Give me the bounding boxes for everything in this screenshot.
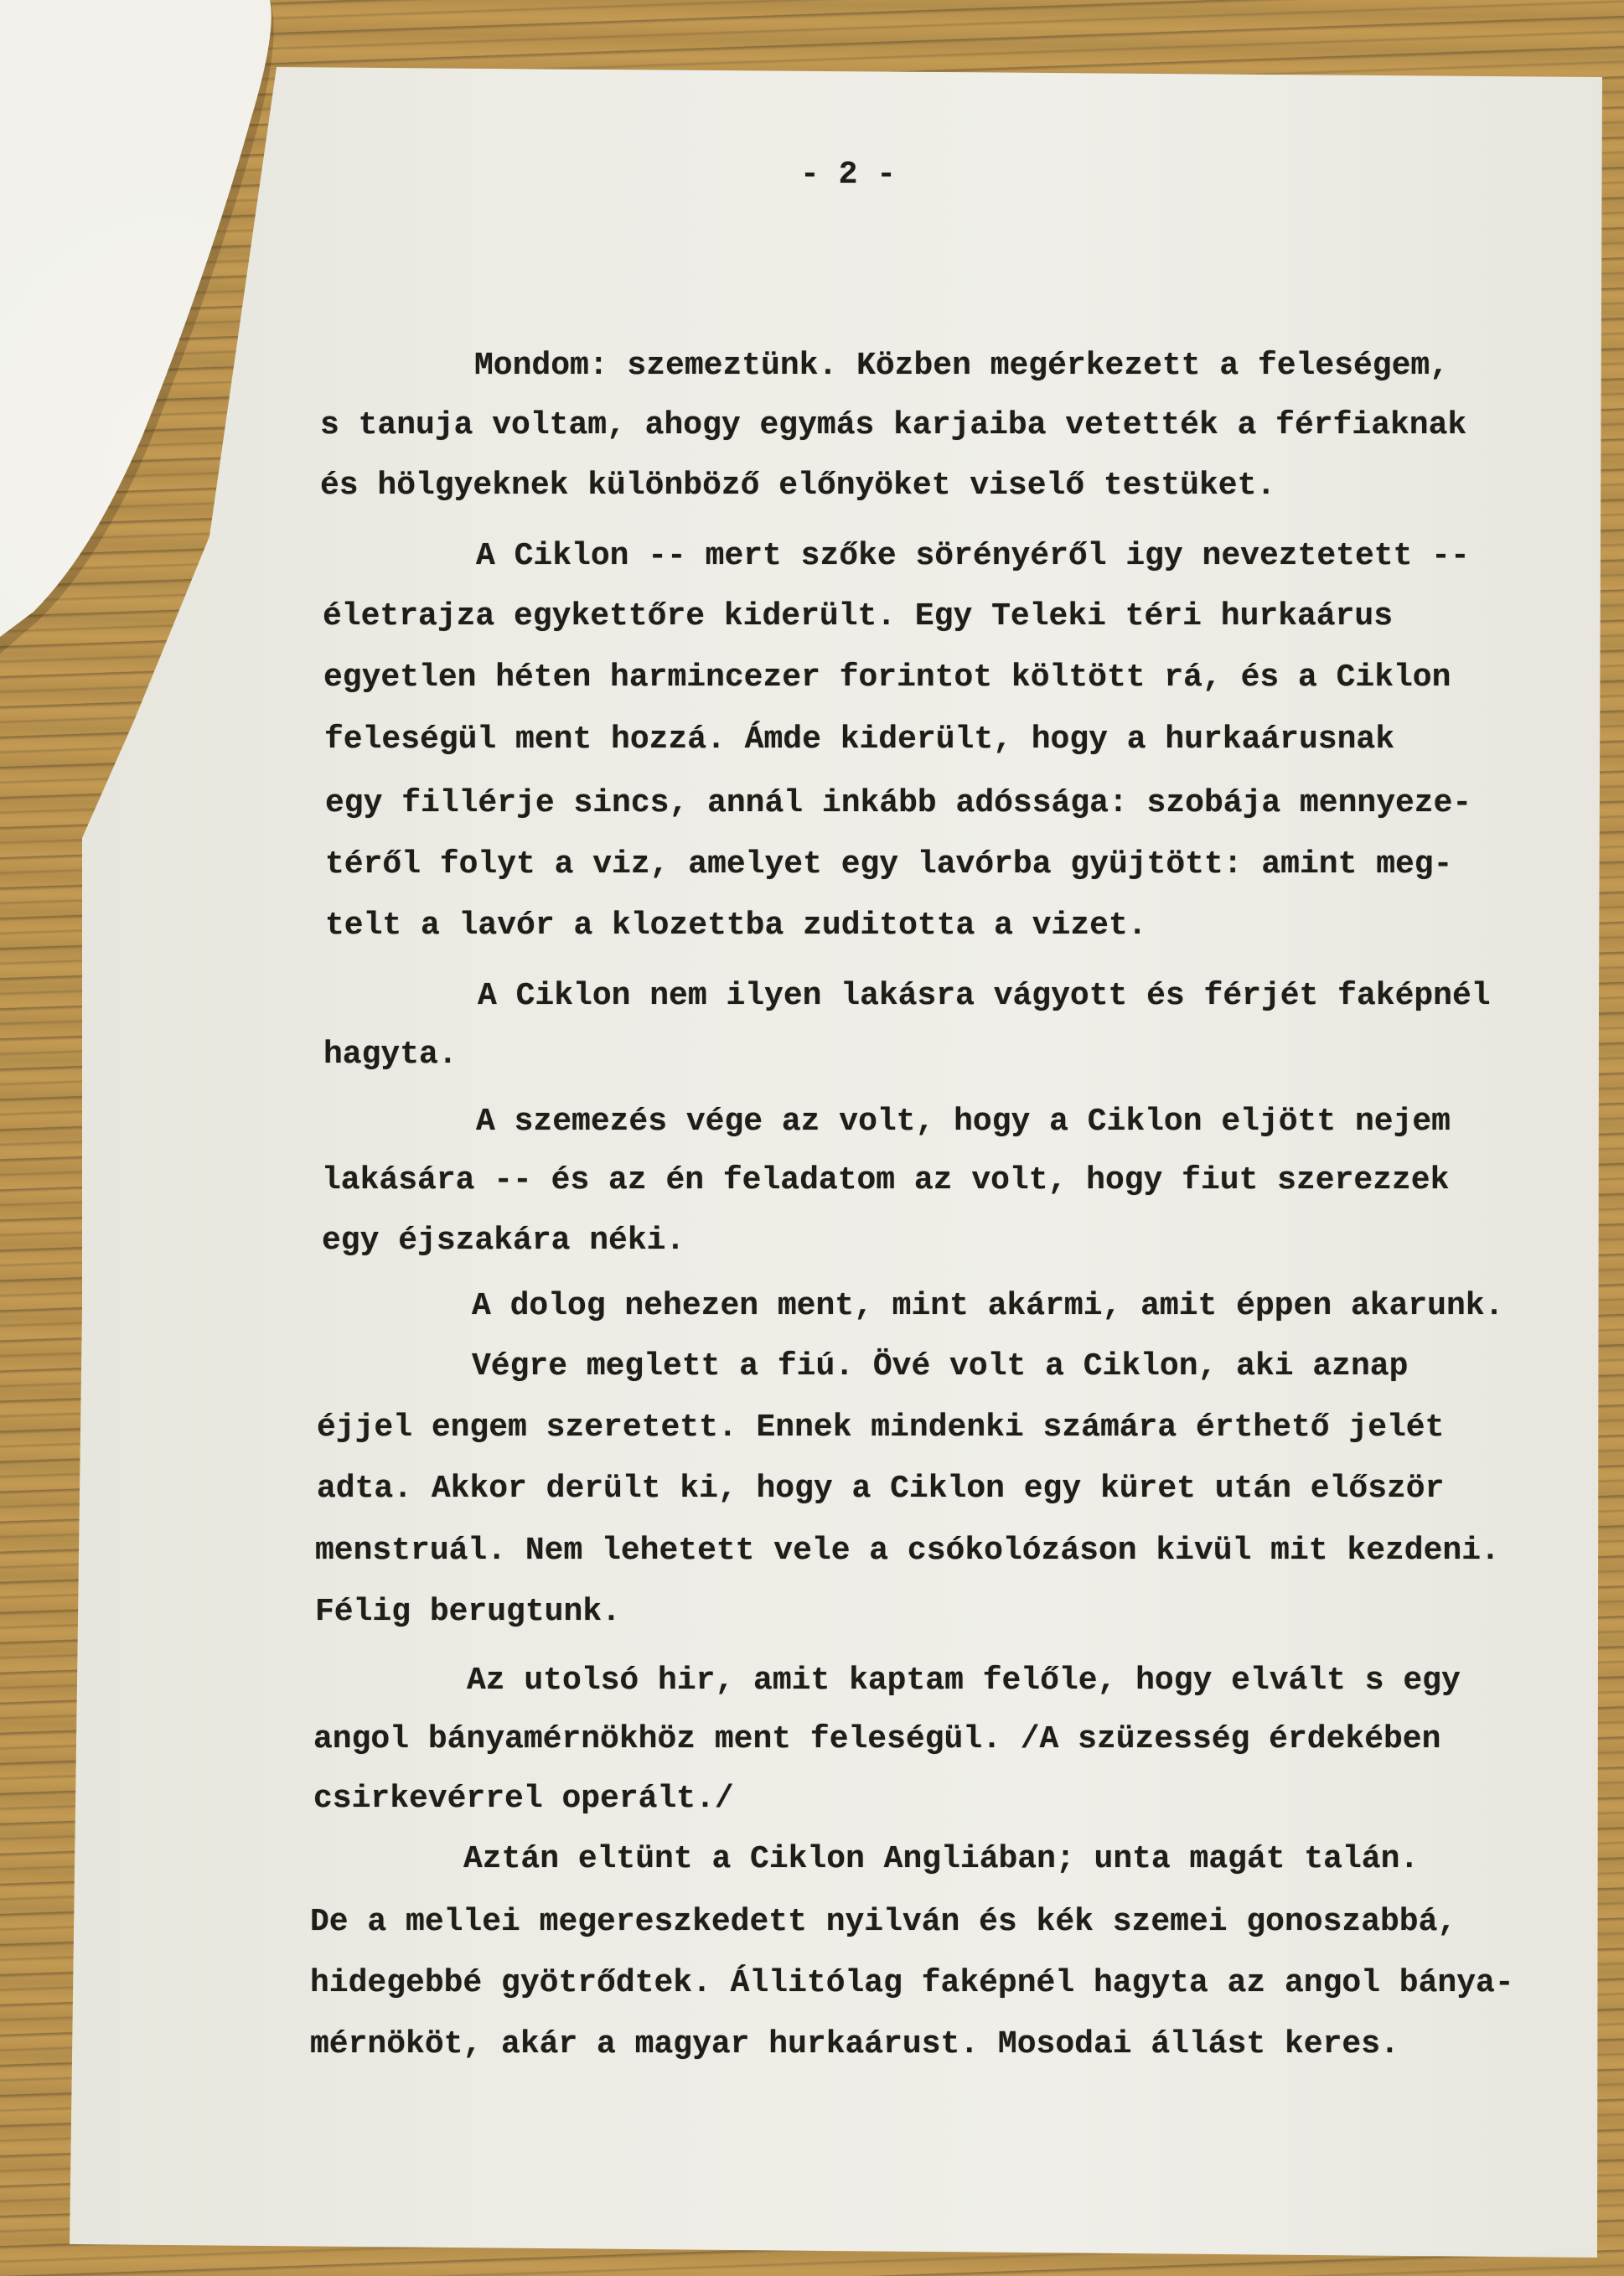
text-line: A dolog nehezen ment, mint akármi, amit … [472, 1291, 1503, 1322]
text-line: és hölgyeknek különböző előnyöket viselő… [320, 470, 1275, 502]
text-line: Mondom: szemeztünk. Közben megérkezett a… [474, 350, 1449, 382]
text-line: s tanuja voltam, ahogy egymás karjaiba v… [320, 410, 1466, 442]
text-line: éjjel engem szeretett. Ennek mindenki sz… [317, 1412, 1444, 1444]
text-line: téről folyt a viz, amelyet egy lavórba g… [325, 849, 1452, 881]
text-line: A Ciklon nem ilyen lakásra vágyott és fé… [478, 980, 1491, 1012]
text-line: egy fillérje sincs, annál inkább adósság… [325, 788, 1471, 820]
text-line: hagyta. [323, 1039, 458, 1071]
text-line: Félig berugtunk. [315, 1596, 621, 1628]
text-line: egy éjszakára néki. [322, 1225, 685, 1257]
text-line: hidegebbé gyötrődtek. Állitólag faképnél… [310, 1968, 1514, 1999]
text-line: telt a lavór a klozettba zuditotta a viz… [325, 910, 1147, 942]
text-line: menstruál. Nem lehetett vele a csókolózá… [315, 1535, 1500, 1567]
text-line: Az utolsó hir, amit kaptam felőle, hogy … [467, 1665, 1461, 1697]
page-number: - 2 - [800, 159, 896, 191]
text-line: mérnököt, akár a magyar hurkaárust. Moso… [310, 2029, 1399, 2061]
text-line: Végre meglett a fiú. Övé volt a Ciklon, … [472, 1351, 1408, 1383]
text-line: lakására -- és az én feladatom az volt, … [322, 1165, 1449, 1197]
text-line: életrajza egykettőre kiderült. Egy Telek… [323, 601, 1393, 633]
text-line: feleségül ment hozzá. Ámde kiderült, hog… [324, 724, 1394, 756]
text-line: De a mellei megereszkedett nyilván és ké… [310, 1906, 1456, 1938]
text-line: Aztán eltünt a Ciklon Angliában; unta ma… [463, 1844, 1419, 1875]
text-line: csirkevérrel operált./ [313, 1783, 734, 1815]
text-line: A szemezés vége az volt, hogy a Ciklon e… [476, 1106, 1451, 1138]
text-line: adta. Akkor derült ki, hogy a Ciklon egy… [317, 1473, 1444, 1505]
text-line: A Ciklon -- mert szőke sörényéről igy ne… [476, 541, 1470, 572]
text-line: angol bányamérnökhöz ment feleségül. /A … [313, 1724, 1440, 1756]
text-line: egyetlen héten harmincezer forintot költ… [323, 662, 1451, 694]
